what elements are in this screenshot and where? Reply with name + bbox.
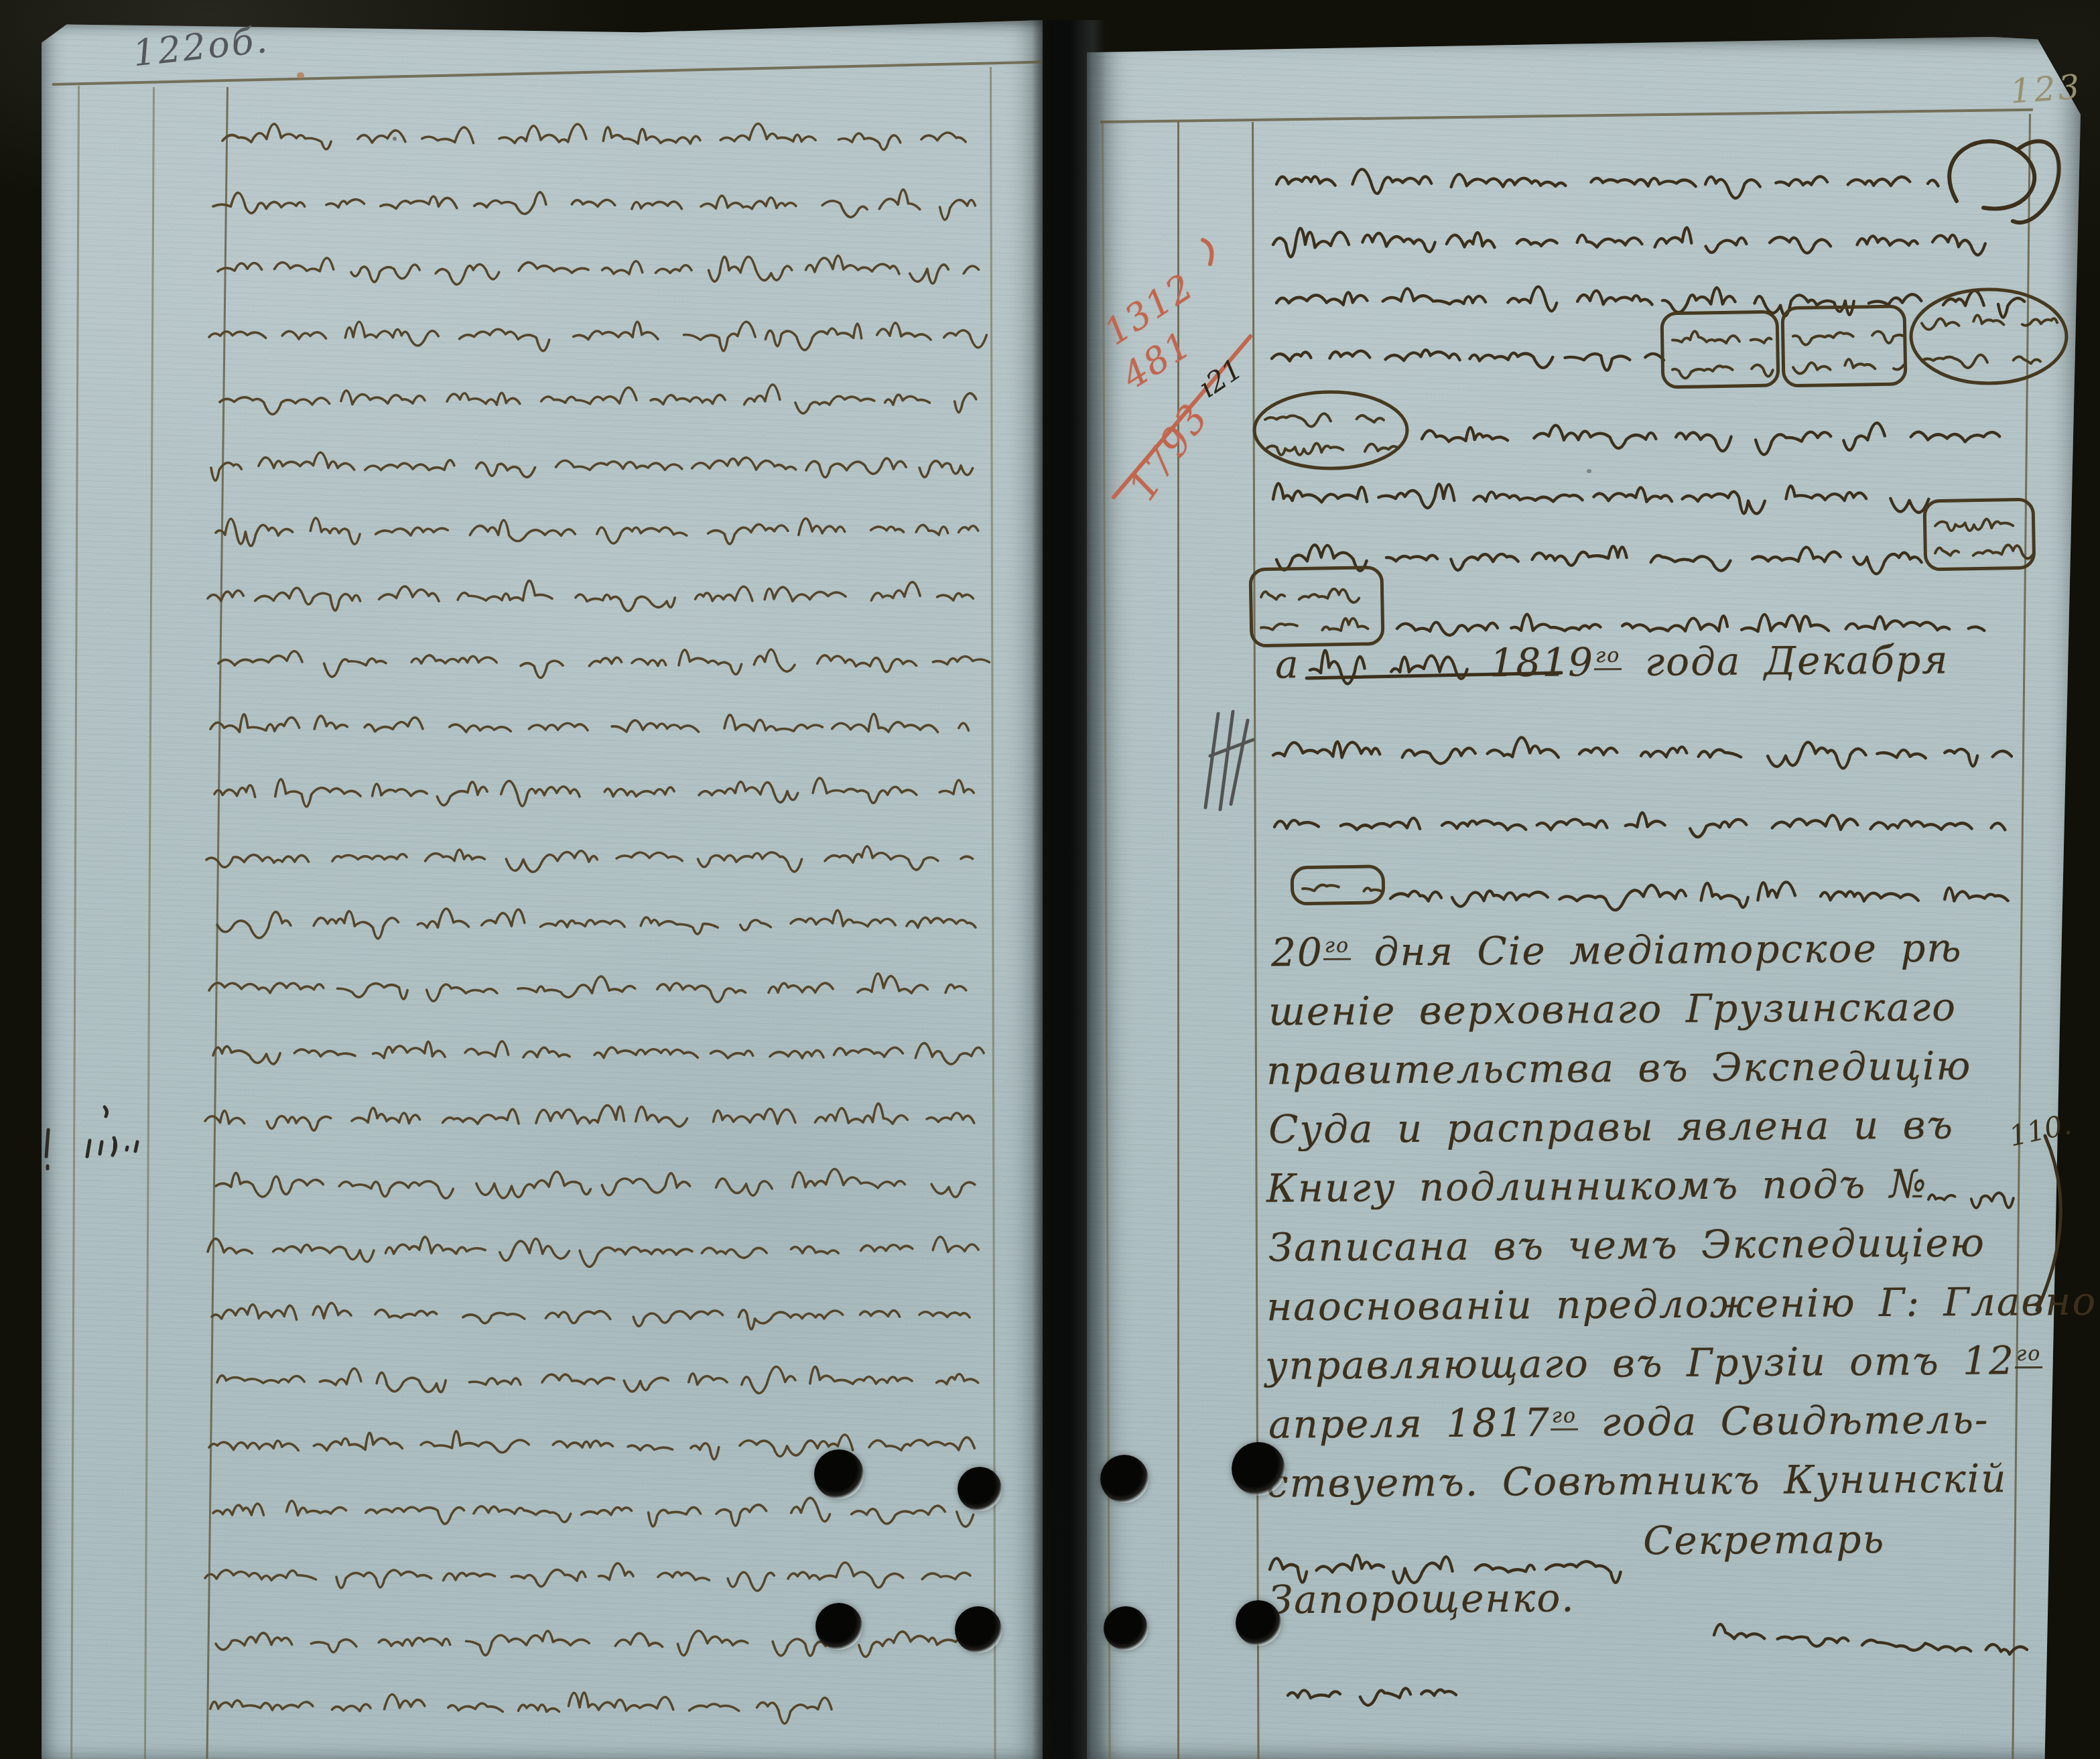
- binding-hole: [1104, 1606, 1148, 1650]
- left-page-verso: [42, 20, 1043, 1759]
- binding-hole: [814, 1449, 864, 1499]
- russian-text-line: Книгу подлинникомъ подъ №: [1266, 1161, 1928, 1212]
- binding-gutter: [1032, 20, 1106, 1759]
- russian-text-line: наоснованіи предложенію Г: Главно: [1266, 1279, 2097, 1330]
- binding-hole: [1100, 1455, 1149, 1503]
- russian-text-line: шеніе верховнаго Грузинскаго: [1268, 984, 1957, 1034]
- ordinal-superscript: го: [1323, 933, 1352, 960]
- manuscript-scan: 122об. 123 1312 481 1793 ı21 110. а 1819…: [0, 0, 2100, 1759]
- binding-hole: [955, 1606, 1002, 1653]
- russian-text-line: Запорощенко.: [1268, 1575, 1575, 1622]
- russian-text-line: а 1819го года Декабря: [1275, 637, 1949, 687]
- russian-text-line: правительства въ Экспедицію: [1266, 1043, 1972, 1093]
- illegible-scribble: [1323, 642, 1467, 677]
- ordinal-superscript: го: [1551, 1404, 1579, 1430]
- russian-text-line: Секретарь: [1643, 1516, 1886, 1564]
- paper-fleck: [1587, 469, 1591, 473]
- russian-text-line: Суда и расправы явлена и въ: [1268, 1102, 1955, 1152]
- russian-text-line: Записана въ чемъ Экспедиціею: [1268, 1220, 1985, 1270]
- binding-hole: [958, 1467, 1002, 1511]
- folio-number-recto: 123: [2009, 67, 2083, 111]
- russian-text-line: апреля 1817го года Свидѣтель-: [1268, 1396, 1989, 1447]
- paper-fleck: [297, 72, 304, 78]
- binding-hole: [1236, 1600, 1281, 1646]
- russian-text-line: управляющаго въ Грузіи отъ 12го: [1265, 1338, 2043, 1388]
- ordinal-superscript: го: [2015, 1342, 2043, 1368]
- binding-hole: [815, 1603, 862, 1650]
- russian-text-line: ствуетъ. Совѣтникъ Кунинскій: [1266, 1455, 2008, 1506]
- binding-hole: [1232, 1442, 1285, 1496]
- ordinal-superscript: го: [1594, 644, 1622, 670]
- paper-fleck: [393, 137, 397, 141]
- russian-text-line: 20го дня Сіе медіаторское рѣ: [1271, 925, 1963, 975]
